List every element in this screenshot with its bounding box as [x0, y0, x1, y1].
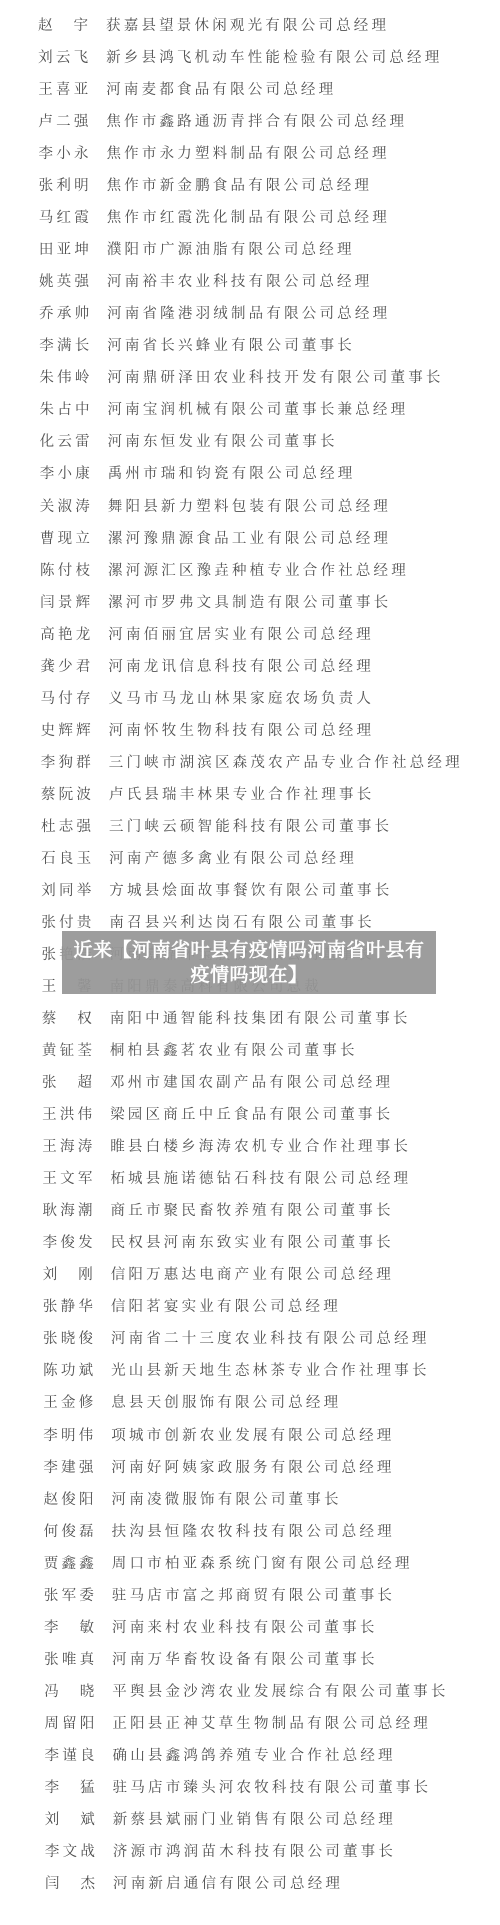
person-name: 姚英强 — [39, 266, 91, 298]
company-title: 息县天创服饰有限公司总经理 — [111, 1387, 341, 1419]
company-title: 邓州市建国农副产品有限公司总经理 — [110, 1067, 393, 1099]
company-title: 卢氏县瑞丰林果专业合作社理事长 — [109, 779, 375, 811]
person-name: 田亚坤 — [39, 234, 91, 266]
person-name: 张唯真 — [44, 1644, 96, 1676]
company-title: 义马市马龙山林果家庭农场负责人 — [109, 683, 375, 715]
person-name: 李小永 — [38, 138, 90, 170]
company-title: 禹州市瑞和钧瓷有限公司总经理 — [108, 458, 356, 490]
person-name: 蔡阮波 — [41, 779, 93, 811]
person-name: 贾鑫鑫 — [44, 1548, 96, 1580]
company-title: 三门峡云硕智能科技有限公司董事长 — [109, 811, 392, 843]
person-name: 张军委 — [44, 1580, 96, 1612]
company-title: 正阳县正神艾草生物制品有限公司总经理 — [112, 1708, 431, 1740]
company-title: 河南产德多禽业有限公司总经理 — [109, 843, 357, 875]
person-name: 黄钲荃 — [42, 1035, 94, 1067]
company-title: 柘城县施诺德钻石科技有限公司总经理 — [110, 1163, 411, 1195]
person-name: 张超 — [42, 1067, 94, 1099]
person-name: 王文军 — [42, 1163, 94, 1195]
company-title: 梁园区商丘中丘食品有限公司董事长 — [110, 1099, 393, 1131]
person-name: 李俊发 — [43, 1227, 95, 1259]
person-name: 李满长 — [39, 330, 91, 362]
person-name: 陈付枝 — [40, 555, 92, 587]
person-name: 冯晓 — [44, 1676, 96, 1708]
company-title: 漯河豫鼎源食品工业有限公司总经理 — [108, 523, 391, 555]
person-name: 陈功斌 — [43, 1355, 95, 1387]
company-title: 平舆县金沙湾农业发展综合有限公司董事长 — [112, 1676, 448, 1708]
person-name: 关淑涛 — [40, 491, 92, 523]
person-name: 刘同举 — [41, 875, 93, 907]
person-name: 王金修 — [43, 1387, 95, 1419]
person-name: 曹现立 — [40, 523, 92, 555]
person-name: 周留阳 — [44, 1708, 96, 1740]
company-title: 河南来村农业科技有限公司董事长 — [112, 1612, 378, 1644]
company-title: 扶沟县恒隆农牧科技有限公司总经理 — [112, 1516, 395, 1548]
person-name: 化云雷 — [40, 426, 92, 458]
person-name: 李建强 — [43, 1452, 95, 1484]
company-title: 方城县烩面故事餐饮有限公司董事长 — [109, 875, 392, 907]
company-title: 漯河源汇区豫垚种植专业合作社总经理 — [108, 555, 409, 587]
company-title: 焦作市新金鹏食品有限公司总经理 — [107, 170, 373, 202]
person-name: 刘云飞 — [38, 42, 90, 74]
person-name: 刘刚 — [43, 1259, 95, 1291]
company-title: 获嘉县望景休闲观光有限公司总经理 — [106, 10, 389, 42]
person-name: 朱占中 — [39, 394, 91, 426]
company-title: 周口市柏亚森系统门窗有限公司总经理 — [112, 1548, 413, 1580]
person-name: 张静华 — [43, 1291, 95, 1323]
company-title: 河南省长兴蜂业有限公司董事长 — [107, 330, 355, 362]
person-name: 高艳龙 — [40, 619, 92, 651]
company-title: 焦作市红霞洗化制品有限公司总经理 — [107, 202, 390, 234]
company-title: 河南裕丰农业科技有限公司总经理 — [107, 266, 373, 298]
company-title: 河南东恒发业有限公司董事长 — [108, 426, 338, 458]
person-name: 李敏 — [44, 1612, 96, 1644]
company-title: 南阳中通智能科技集团有限公司董事长 — [110, 1003, 411, 1035]
person-name: 龚少君 — [40, 651, 92, 683]
company-title: 项城市创新农业发展有限公司总经理 — [111, 1420, 394, 1452]
company-title: 舞阳县新力塑料包装有限公司总经理 — [108, 491, 391, 523]
company-title: 驻马店市臻头河农牧科技有限公司董事长 — [113, 1772, 432, 1804]
company-title: 济源市鸿润苗木科技有限公司董事长 — [113, 1836, 396, 1868]
company-title: 河南万华畜牧设备有限公司董事长 — [112, 1644, 378, 1676]
company-title: 河南龙讯信息科技有限公司总经理 — [108, 651, 374, 683]
company-title: 焦作市鑫路通沥青拌合有限公司总经理 — [106, 106, 407, 138]
person-name: 马付存 — [41, 683, 93, 715]
company-title: 睢县白楼乡海涛农机专业合作社理事长 — [110, 1131, 411, 1163]
company-title: 濮阳市广源油脂有限公司总经理 — [107, 234, 355, 266]
person-name: 王喜亚 — [38, 74, 90, 106]
person-name: 李猛 — [45, 1772, 97, 1804]
company-title: 商丘市聚民畜牧养殖有限公司董事长 — [110, 1195, 393, 1227]
person-name: 闫杰 — [45, 1868, 97, 1900]
company-title: 三门峡市湖滨区森茂农产品专业合作社总经理 — [109, 747, 463, 779]
person-name: 石良玉 — [41, 843, 93, 875]
company-title: 驻马店市富之邦商贸有限公司董事长 — [112, 1580, 395, 1612]
company-title: 焦作市永力塑料制品有限公司总经理 — [106, 138, 389, 170]
company-title: 新蔡县斌丽门业销售有限公司总经理 — [113, 1804, 396, 1836]
company-title: 河南麦都食品有限公司总经理 — [106, 74, 336, 106]
person-name: 闫景辉 — [40, 587, 92, 619]
person-name: 张晓俊 — [43, 1323, 95, 1355]
person-name: 杜志强 — [41, 811, 93, 843]
person-name: 卢二强 — [38, 106, 90, 138]
company-title: 信阳茗宴实业有限公司总经理 — [111, 1291, 341, 1323]
company-title: 漯河市罗弗文具制造有限公司董事长 — [108, 587, 391, 619]
person-name: 朱伟岭 — [39, 362, 91, 394]
person-name: 王洪伟 — [42, 1099, 94, 1131]
person-name: 王海涛 — [42, 1131, 94, 1163]
person-name: 李文战 — [45, 1836, 97, 1868]
company-title: 新乡县鸿飞机动车性能检验有限公司总经理 — [106, 42, 442, 74]
title-overlay-text: 近来【河南省叶县有疫情吗河南省叶县有疫情吗现在】 — [70, 938, 428, 988]
person-name: 刘斌 — [45, 1804, 97, 1836]
company-title: 河南鼎研泽田农业科技开发有限公司董事长 — [107, 362, 443, 394]
company-title: 河南新启通信有限公司总经理 — [113, 1868, 343, 1900]
company-title: 河南宝润机械有限公司董事长兼总经理 — [107, 394, 408, 426]
company-title: 光山县新天地生态林茶专业合作社理事长 — [111, 1355, 430, 1387]
company-title: 信阳万惠达电商产业有限公司总经理 — [111, 1259, 394, 1291]
company-title: 河南佰丽宜居实业有限公司总经理 — [108, 619, 374, 651]
person-name: 乔承帅 — [39, 298, 91, 330]
person-name: 耿海潮 — [42, 1195, 94, 1227]
person-name: 李小康 — [40, 458, 92, 490]
company-title: 桐柏县鑫茗农业有限公司董事长 — [110, 1035, 358, 1067]
person-name: 张利明 — [39, 170, 91, 202]
company-title: 河南省二十三度农业科技有限公司总经理 — [111, 1323, 430, 1355]
company-title: 河南好阿姨家政服务有限公司总经理 — [111, 1452, 394, 1484]
person-name: 蔡权 — [42, 1003, 94, 1035]
company-title: 河南凌微服饰有限公司董事长 — [112, 1484, 342, 1516]
company-title: 河南怀牧生物科技有限公司总经理 — [109, 715, 375, 747]
person-name: 李谨良 — [45, 1740, 97, 1772]
person-name: 李狗群 — [41, 747, 93, 779]
title-overlay-banner: 近来【河南省叶县有疫情吗河南省叶县有疫情吗现在】 — [62, 931, 436, 994]
company-title: 确山县鑫鸿鸽养殖专业合作社总经理 — [113, 1740, 396, 1772]
person-name: 李明伟 — [43, 1420, 95, 1452]
person-name: 赵宇 — [38, 10, 90, 42]
person-name: 赵俊阳 — [44, 1484, 96, 1516]
company-title: 民权县河南东致实业有限公司董事长 — [111, 1227, 394, 1259]
company-title: 河南省隆港羽绒制品有限公司总经理 — [107, 298, 390, 330]
person-name: 何俊磊 — [44, 1516, 96, 1548]
person-name: 史辉辉 — [41, 715, 93, 747]
person-name: 马红霞 — [39, 202, 91, 234]
